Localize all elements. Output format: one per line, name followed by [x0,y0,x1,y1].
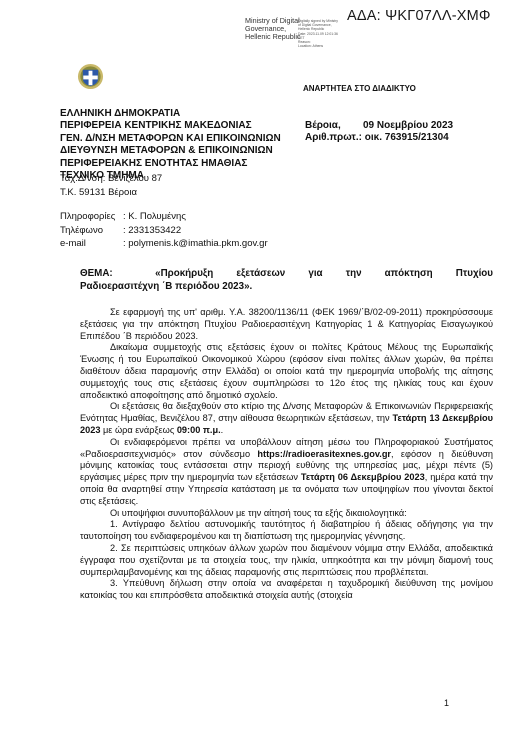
subject-word: εξετάσεων [236,267,285,280]
phone-label: Τηλέφωνο [60,224,123,238]
ada-code: ΑΔΑ: ΨΚΓ07ΛΛ-ΧΜΦ [347,8,491,24]
protocol-label: Αριθ.πρωτ.: [305,132,362,144]
address-block: Ταχ.Δ/νση: Βενιζέλου 87 Τ.Κ. 59131 Βέροι… [60,172,162,199]
protocol-number: οικ. 763915/21304 [365,132,449,144]
paragraph-application: Οι ενδιαφερόμενοι πρέπει να υποβάλλουν α… [80,437,493,508]
document-date: 09 Νοεμβρίου 2023 [363,120,453,132]
authority-line: ΔΙΕΥΘΥΝΣΗ ΜΕΤΑΦΟΡΩΝ & ΕΠΙΚΟΙΝΩΝΙΩΝ [60,145,281,157]
exam-time: 09:00 π.μ. [177,425,221,435]
greek-coat-of-arms-icon [77,63,104,90]
subject-word: Πτυχίου [456,267,493,280]
application-link[interactable]: https://radioerasitexnes.gov.gr [257,449,391,459]
authority-line: ΕΛΛΗΝΙΚΗ ΔΗΜΟΚΡΑΤΙΑ [60,108,281,120]
paragraph-eligibility: Δικαίωμα συμμετοχής στις εξετάσεις έχουν… [80,342,493,401]
post-online-notice: ΑΝΑΡΤΗΤΕΑ ΣΤΟ ΔΙΑΔΙΚΤΥΟ [303,84,416,93]
authority-line: ΠΕΡΙΦΕΡΕΙΑ ΚΕΝΤΡΙΚΗΣ ΜΑΚΕΔΟΝΙΑΣ [60,120,281,132]
info-value: : Κ. Πολυμένης [123,210,186,224]
required-document-1: 1. Αντίγραφο δελτίου αστυνομικής ταυτότη… [80,519,493,543]
subject-word: την [346,267,362,280]
email-label: e-mail [60,237,123,251]
subject-line-2: Ραδιοερασιτέχνη ΄Β περιόδου 2023». [80,280,493,293]
deadline-date: Τετάρτη 06 Δεκεμβρίου 2023 [301,472,425,482]
text: . [221,425,224,435]
paragraph-documents-intro: Οι υποψήφιοι συνυποβάλλουν με την αίτησή… [80,508,493,520]
signature-organization: Ministry of Digital Governance, Hellenic… [245,17,301,41]
signature-details: Digitally signed by Ministry of Digital … [298,19,348,48]
signature-org-line: Hellenic Republic [245,33,301,41]
authority-line: ΠΕΡΙΦΕΡΕΙΑΚΗΣ ΕΝΟΤΗΤΑΣ ΗΜΑΘΙΑΣ [60,158,281,170]
street-address: Ταχ.Δ/νση: Βενιζέλου 87 [60,172,162,186]
subject-label: ΘΕΜΑ: [80,267,132,280]
signature-detail-line: Location: Athens [298,44,348,48]
info-label: Πληροφορίες [60,210,123,224]
subject: ΘΕΜΑ: «Προκήρυξη εξετάσεων για την απόκτ… [80,267,493,293]
paragraph-exam-location: Οι εξετάσεις θα διεξαχθούν στο κτίριο τη… [80,401,493,436]
subject-word: απόκτηση [385,267,433,280]
contact-block: Πληροφορίες: Κ. Πολυμένης Τηλέφωνο: 2331… [60,210,268,251]
authority-line: ΓΕΝ. Δ/ΝΣΗ ΜΕΤΑΦΟΡΩΝ ΚΑΙ ΕΠΙΚΟΙΝΩΝΙΩΝ [60,133,281,145]
subject-word: «Προκήρυξη [155,267,213,280]
email-value[interactable]: : polymenis.k@imathia.pkm.gov.gr [123,237,268,251]
date-protocol-block: Βέροια, 09 Νοεμβρίου 2023 Αριθ.πρωτ.: οι… [305,120,453,145]
text: με ώρα ενάρξεως [100,425,176,435]
page-number: 1 [444,698,449,708]
phone-value: : 2331353422 [123,224,181,238]
city: Βέροια, [305,120,363,132]
postal-address: Τ.Κ. 59131 Βέροια [60,186,162,200]
subject-word: για [308,267,322,280]
required-document-2: 2. Σε περιπτώσεις υπηκόων άλλων χωρών πο… [80,543,493,578]
document-body: Σε εφαρμογή της υπ' αριθμ. Υ.Α. 38200/11… [80,307,493,602]
paragraph-legal-basis: Σε εφαρμογή της υπ' αριθμ. Υ.Α. 38200/11… [80,307,493,342]
required-document-3: 3. Υπεύθυνη δήλωση στην οποία να αναφέρε… [80,578,493,602]
